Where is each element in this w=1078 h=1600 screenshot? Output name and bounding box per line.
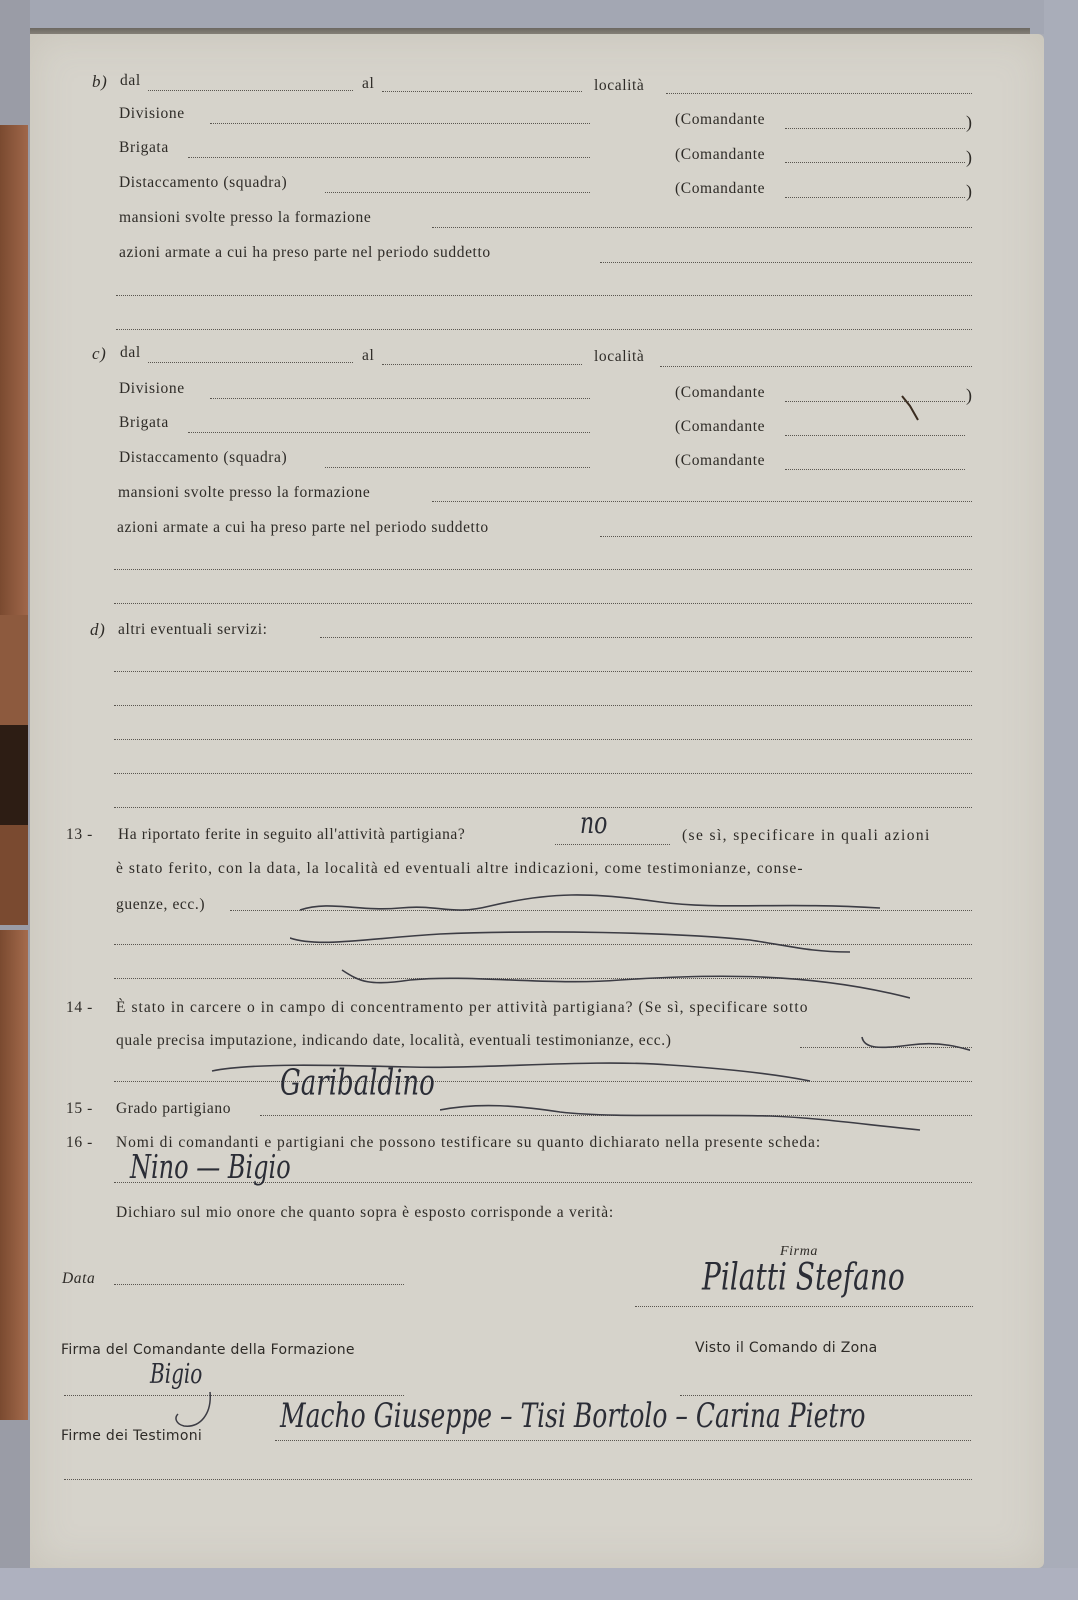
section-b-localita-field[interactable]: [666, 93, 972, 94]
section-b-azioni-field-line-2[interactable]: [116, 295, 972, 296]
zone-command-label: Visto il Comando di Zona: [695, 1340, 878, 1356]
section-b-brigata-label: Brigata: [119, 139, 169, 157]
section-c-brigata-label: Brigata: [119, 414, 169, 432]
section-b-divisione-comandante-label: (Comandante: [675, 111, 765, 129]
close-paren: ): [966, 385, 972, 406]
section-c-localita-field[interactable]: [660, 366, 972, 367]
section-b-label: b): [92, 72, 107, 92]
document-page: b) dal al località Divisione (Comandante…: [30, 34, 1044, 1568]
date-label: Data: [62, 1270, 95, 1288]
section-b-azioni-label: azioni armate a cui ha preso parte nel p…: [119, 244, 491, 262]
section-b-distaccamento-field[interactable]: [325, 192, 590, 193]
section-c-azioni-field[interactable]: [600, 536, 972, 537]
close-paren: ): [966, 112, 972, 133]
q14-question: È stato in carcere o in campo di concent…: [116, 999, 809, 1017]
q13-question-cont: (se sì, specificare in quali azioni: [682, 827, 931, 845]
section-d-field-line-4[interactable]: [114, 739, 972, 740]
section-b-distaccamento-label: Distaccamento (squadra): [119, 174, 287, 192]
section-d-text: altri eventuali servizi:: [118, 621, 268, 639]
signature-value: Pilatti Stefano: [702, 1254, 905, 1299]
section-d-field-line-5[interactable]: [114, 773, 972, 774]
section-d-field[interactable]: [320, 637, 972, 638]
bottom-field[interactable]: [64, 1479, 972, 1480]
q13-question: Ha riportato ferite in seguito all'attiv…: [118, 826, 465, 844]
book-spine: [0, 930, 28, 1420]
book-spine: [0, 125, 28, 615]
section-c-azioni-field-line-3[interactable]: [114, 603, 972, 604]
section-b-brigata-field[interactable]: [188, 157, 590, 158]
date-field[interactable]: [114, 1284, 404, 1285]
section-b-azioni-field-line-3[interactable]: [116, 329, 972, 330]
q15-answer: Garibaldino: [280, 1064, 435, 1105]
q13-question-line-2: è stato ferito, con la data, la località…: [116, 860, 804, 878]
background-cloth-bottom: [0, 1568, 1078, 1600]
section-c-divisione-comandante-label: (Comandante: [675, 384, 765, 402]
section-c-divisione-comandante-field[interactable]: [785, 401, 965, 402]
section-b-al-label: al: [362, 75, 374, 93]
section-b-divisione-field[interactable]: [210, 123, 590, 124]
section-c-brigata-comandante-label: (Comandante: [675, 418, 765, 436]
declaration-text: Dichiaro sul mio onore che quanto sopra …: [116, 1204, 614, 1222]
section-b-dal-label: dal: [120, 72, 141, 90]
q13-number: 13 -: [66, 826, 93, 844]
section-c-distaccamento-label: Distaccamento (squadra): [119, 449, 287, 467]
section-c-mansioni-field[interactable]: [432, 501, 972, 502]
section-c-al-label: al: [362, 347, 374, 365]
section-c-dal-label: dal: [120, 344, 141, 362]
section-b-mansioni-field[interactable]: [432, 227, 972, 228]
section-b-al-field[interactable]: [382, 91, 582, 92]
q13-question-line-3: guenze, ecc.): [116, 896, 205, 914]
signature-flourish: [170, 1384, 220, 1434]
section-c-azioni-label: azioni armate a cui ha preso parte nel p…: [117, 519, 489, 537]
section-c-label: c): [92, 344, 106, 364]
close-paren: ): [966, 181, 972, 202]
commander-signature-label: Firma del Comandante della Formazione: [61, 1342, 355, 1358]
q14-number: 14 -: [66, 999, 93, 1017]
section-b-divisione-comandante-field[interactable]: [785, 128, 965, 129]
section-d-label: d): [90, 620, 105, 640]
q16-number: 16 -: [66, 1134, 93, 1152]
section-b-divisione-label: Divisione: [119, 105, 185, 123]
section-b-azioni-field[interactable]: [600, 262, 972, 263]
section-c-azioni-field-line-2[interactable]: [114, 569, 972, 570]
handwritten-strike-lines: [440, 1094, 940, 1134]
section-b-distaccamento-comandante-label: (Comandante: [675, 180, 765, 198]
q16-answer: Nino — Bigio: [130, 1148, 291, 1186]
q15-label: Grado partigiano: [116, 1100, 231, 1118]
book-spine: [0, 825, 28, 925]
section-c-divisione-label: Divisione: [119, 380, 185, 398]
section-d-field-line-6[interactable]: [114, 807, 972, 808]
book-spine: [0, 615, 28, 725]
section-c-distaccamento-comandante-label: (Comandante: [675, 452, 765, 470]
section-c-dal-field[interactable]: [148, 362, 353, 363]
book-spine: [0, 725, 28, 825]
handwritten-strike-lines: [290, 882, 910, 1002]
section-b-localita-label: località: [594, 77, 644, 95]
section-c-brigata-field[interactable]: [188, 432, 590, 433]
witnesses-value: Macho Giuseppe – Tisi Bortolo – Carina P…: [280, 1396, 865, 1435]
section-c-mansioni-label: mansioni svolte presso la formazione: [118, 484, 370, 502]
section-c-brigata-comandante-field[interactable]: [785, 435, 965, 436]
q13-answer-field[interactable]: [555, 844, 670, 845]
section-c-distaccamento-comandante-field[interactable]: [785, 469, 965, 470]
section-c-al-field[interactable]: [382, 364, 582, 365]
signature-field[interactable]: [635, 1306, 973, 1307]
section-b-distaccamento-comandante-field[interactable]: [785, 197, 965, 198]
witnesses-field[interactable]: [275, 1440, 971, 1441]
section-c-divisione-field[interactable]: [210, 398, 590, 399]
section-b-mansioni-label: mansioni svolte presso la formazione: [119, 209, 371, 227]
section-d-field-line-2[interactable]: [114, 671, 972, 672]
section-c-localita-label: località: [594, 348, 644, 366]
q15-number: 15 -: [66, 1100, 93, 1118]
witnesses-label: Firme dei Testimoni: [61, 1428, 202, 1444]
section-b-brigata-comandante-field[interactable]: [785, 162, 965, 163]
section-b-brigata-comandante-label: (Comandante: [675, 146, 765, 164]
q13-answer: no: [580, 807, 607, 841]
close-paren: ): [966, 147, 972, 168]
section-d-field-line-3[interactable]: [114, 705, 972, 706]
background-cloth-right: [1044, 0, 1078, 1600]
section-b-dal-field[interactable]: [148, 90, 353, 91]
ink-mark: [898, 392, 928, 426]
section-c-distaccamento-field[interactable]: [325, 467, 590, 468]
